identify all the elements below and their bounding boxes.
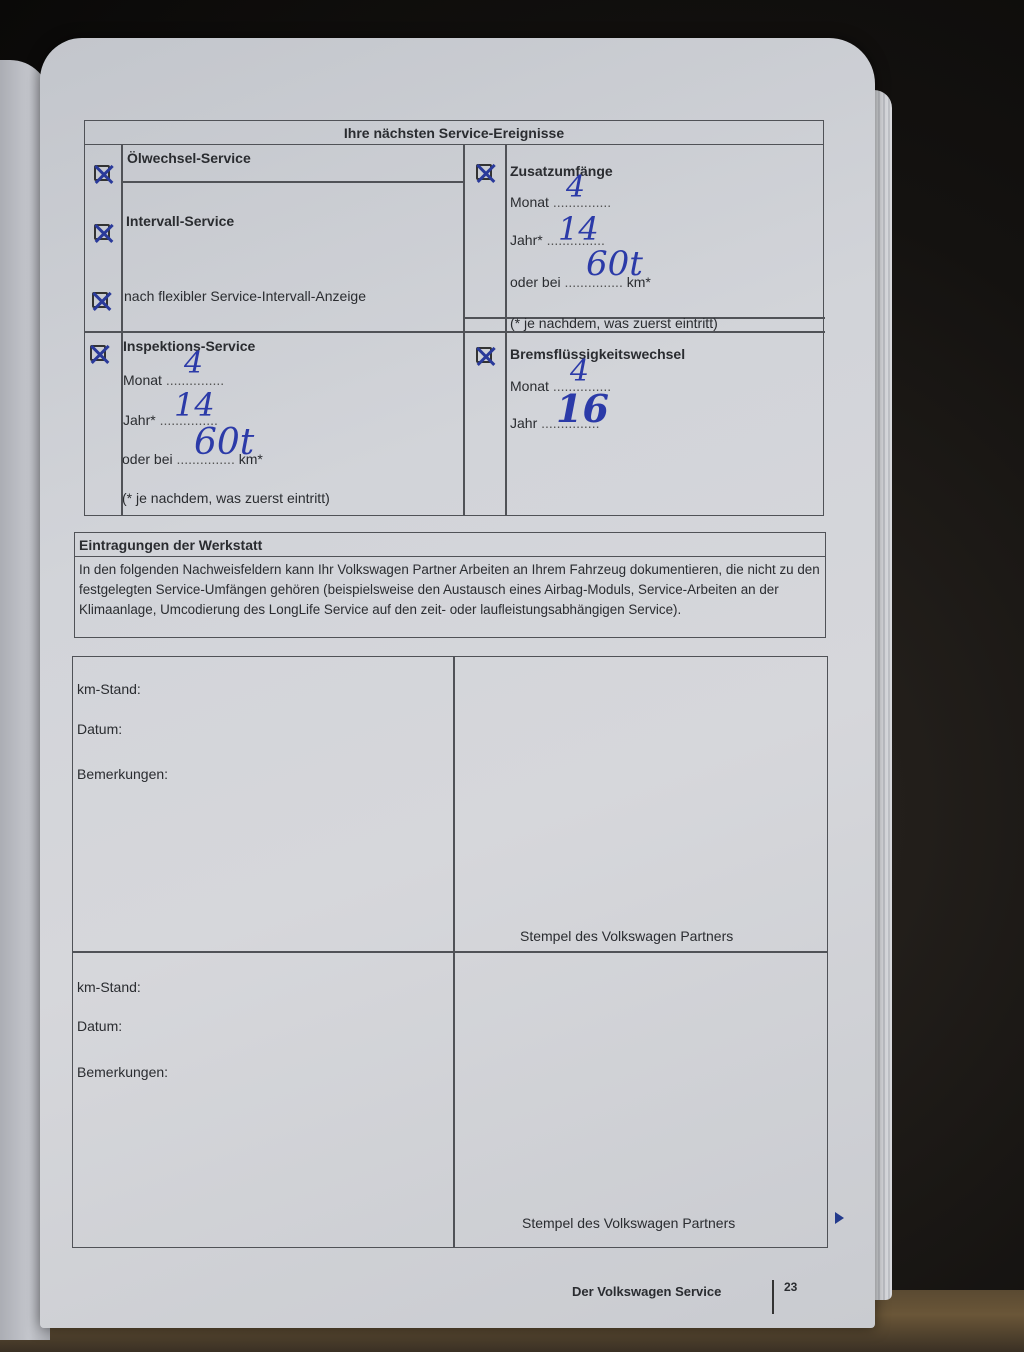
workshop-entries-grid xyxy=(72,656,828,1248)
workshop-description: In den folgenden Nachweisfeldern kann Ih… xyxy=(75,557,825,623)
flexible-interval-label: nach flexibler Service-Intervall-Anzeige xyxy=(124,288,366,304)
entry-2-km-label: km-Stand: xyxy=(77,979,141,995)
extras-checkbox[interactable] xyxy=(476,164,492,180)
oil-change-label: Ölwechsel-Service xyxy=(127,150,251,166)
divider xyxy=(121,181,463,183)
workshop-info-box: Eintragungen der Werkstatt In den folgen… xyxy=(74,532,826,638)
inspection-km-value: 60t xyxy=(194,422,254,463)
extras-footnote: (* je nachdem, was zuerst eintritt) xyxy=(510,315,718,331)
entry-2-date-label: Datum: xyxy=(77,1018,122,1034)
extras-month-label: Monat ............... xyxy=(510,194,611,210)
interval-label: Intervall-Service xyxy=(126,213,234,229)
brake-fluid-checkbox[interactable] xyxy=(476,347,492,363)
footer-divider xyxy=(772,1280,774,1314)
entry-2-remarks-label: Bemerkungen: xyxy=(77,1064,168,1080)
flexible-interval-checkbox[interactable] xyxy=(92,292,108,308)
divider xyxy=(505,145,507,515)
service-events-title: Ihre nächsten Service-Ereignisse xyxy=(85,121,823,145)
entry-1-km-label: km-Stand: xyxy=(77,681,141,697)
inspection-checkbox[interactable] xyxy=(90,345,106,361)
entry-1-remarks-label: Bemerkungen: xyxy=(77,766,168,782)
next-page-arrow-icon xyxy=(835,1212,844,1224)
extras-month-value: 4 xyxy=(566,170,585,205)
divider xyxy=(463,145,465,515)
entry-1-date-label: Datum: xyxy=(77,721,122,737)
extras-year-value: 14 xyxy=(558,210,599,248)
inspection-month-value: 4 xyxy=(184,346,203,381)
page-number: 23 xyxy=(784,1280,797,1294)
workshop-heading: Eintragungen der Werkstatt xyxy=(75,533,825,557)
divider xyxy=(73,951,827,953)
inspection-footnote: (* je nachdem, was zuerst eintritt) xyxy=(122,490,330,506)
entry-2-stamp-label: Stempel des Volkswagen Partners xyxy=(522,1215,735,1231)
brake-fluid-month-value: 4 xyxy=(570,354,589,389)
divider xyxy=(85,331,825,333)
interval-checkbox[interactable] xyxy=(94,224,110,240)
oil-change-checkbox[interactable] xyxy=(94,165,110,181)
extras-label: Zusatzumfänge xyxy=(510,163,613,179)
brake-fluid-label: Bremsflüssigkeitswechsel xyxy=(510,346,685,362)
brake-fluid-year-value: 16 xyxy=(556,386,609,431)
footer-section-title: Der Volkswagen Service xyxy=(572,1284,721,1299)
inspection-year-value: 14 xyxy=(174,386,215,424)
entry-1-stamp-label: Stempel des Volkswagen Partners xyxy=(520,928,733,944)
extras-km-value: 60t xyxy=(586,244,643,284)
